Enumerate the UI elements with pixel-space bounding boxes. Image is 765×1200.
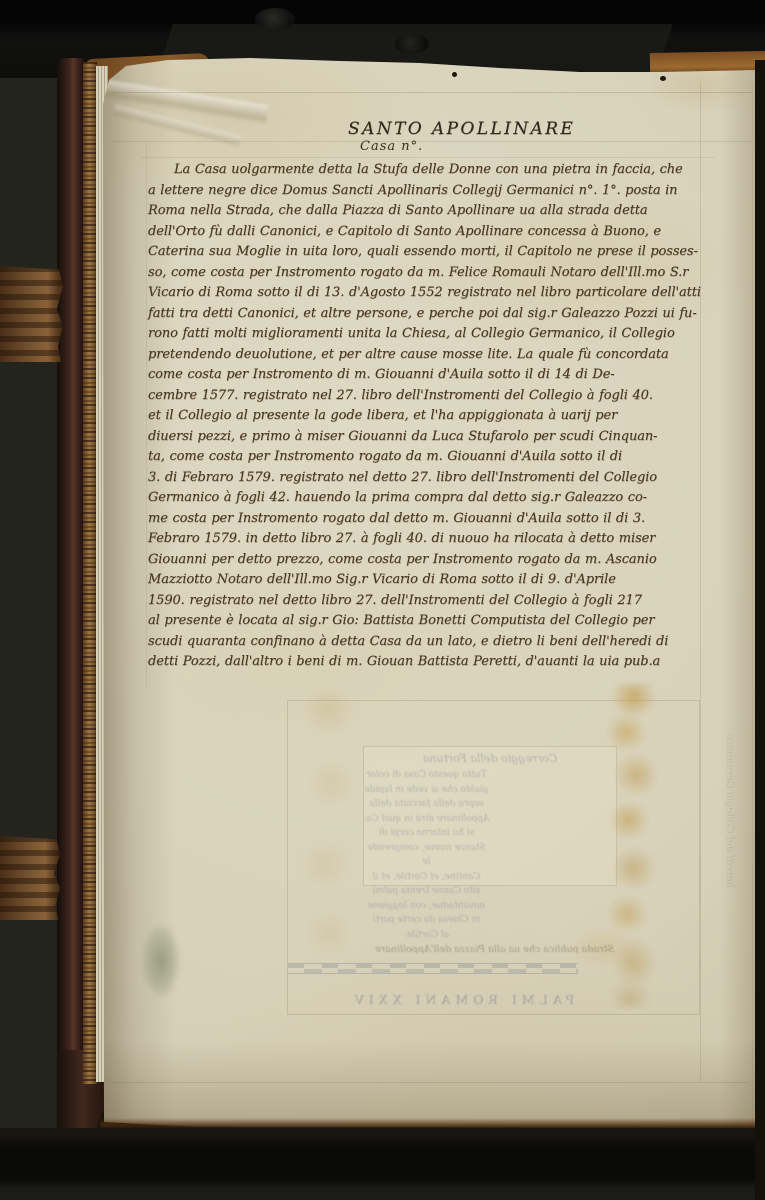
manuscript-text-line: fatti tra detti Canonici, et altre perso… xyxy=(148,304,720,325)
manuscript-text-line: Febraro 1579. in detto libro 27. à fogli… xyxy=(148,529,720,550)
manuscript-text-line: Germanico à fogli 42. hauendo la prima c… xyxy=(148,488,720,509)
manuscript-text-line: scudi quaranta confinano à detta Casa da… xyxy=(148,632,720,653)
manuscript-text-line: so, come costa per Instromento rogato da… xyxy=(148,263,720,284)
manuscript-text-line: 3. di Febraro 1579. registrato nel detto… xyxy=(148,468,720,489)
verso-margin-label: heredi del Collegio Germanico xyxy=(724,688,735,888)
equipment-bolt xyxy=(255,8,295,30)
manuscript-text-line: Giouanni per detto prezzo, come costa pe… xyxy=(148,550,720,571)
manuscript-text-line: detti Pozzi, dall'altro i beni di m. Gio… xyxy=(148,652,720,673)
verso-caption-lines: Tutto questo Casa di color gialdo che si… xyxy=(363,768,490,942)
manuscript-text-line: rono fatti molti miglioramenti unita la … xyxy=(148,324,720,345)
verso-caption-line: Cantine, et Cortile, et il sito Canne tr… xyxy=(363,870,490,899)
manuscript-text-line: me costa per Instromento rogato dal dett… xyxy=(148,509,720,530)
bottom-dark-band xyxy=(0,1128,765,1200)
ruled-line-horizontal xyxy=(110,1082,750,1083)
manuscript-text-line: 1590. registrato nel detto libro 27. del… xyxy=(148,591,720,612)
manuscript-text-line: pretendendo deuolutione, et per altre ca… xyxy=(148,345,720,366)
verso-caption-line: al Cortile. xyxy=(363,928,490,943)
manuscript-text-line: come costa per Instromento di m. Giouann… xyxy=(148,365,720,386)
verso-caption-line: Tutto questo Casa di color gialdo che si… xyxy=(363,768,490,797)
verso-caption-text: Correggio della Fortuna Tutto questo Cas… xyxy=(363,752,617,768)
page-subtitle: Casa n°. xyxy=(360,139,423,154)
manuscript-text-line: Vicario di Roma sotto il di 13. d'Agosto… xyxy=(148,283,720,304)
manuscript-text-line: al presente è locata al sig.r Gio: Batti… xyxy=(148,611,720,632)
manuscript-text-line: ta, come costa per Instromento rogato da… xyxy=(148,447,720,468)
right-dark-strip xyxy=(755,60,765,1200)
verso-street-label: Strada publica che ua alla Piazza dell'A… xyxy=(372,944,617,955)
book-spine-leather xyxy=(57,58,84,1088)
page-title: SANTO APOLLINARE xyxy=(348,119,578,139)
verso-caption-heading: Correggio della Fortuna xyxy=(363,752,617,765)
verso-scale-label: PALMI ROMANI XXIV xyxy=(338,992,586,1007)
leather-clasp-strap-top xyxy=(0,266,63,362)
ruled-line-vertical xyxy=(752,82,753,1124)
manuscript-body-text: La Casa uolgarmente detta la Stufa delle… xyxy=(148,160,720,673)
manuscript-text-line: La Casa uolgarmente detta la Stufa delle… xyxy=(148,160,720,181)
yellow-stain-left xyxy=(298,688,358,960)
manuscript-text-line: Caterina sua Moglie in uita loro, quali … xyxy=(148,242,720,263)
manuscript-photo: Correggio della Fortuna Tutto questo Cas… xyxy=(0,0,765,1200)
seal-showthrough-blob xyxy=(136,912,186,1010)
leather-clasp-strap-bottom xyxy=(0,836,60,920)
gilt-decorated-edge xyxy=(83,62,97,1084)
verso-scale-bar xyxy=(288,963,578,974)
manuscript-text-line: Roma nella Strada, che dalla Piazza di S… xyxy=(148,201,720,222)
manuscript-text-line: cembre 1577. registrato nel 27. libro de… xyxy=(148,386,720,407)
verso-caption-line: si ha intorno corpi di Stanze nuove, com… xyxy=(363,826,490,870)
ruled-line-horizontal xyxy=(112,141,752,142)
manuscript-text-line: et il Collegio al presente la gode liber… xyxy=(148,406,720,427)
equipment-bolt xyxy=(395,34,429,54)
verso-caption-line: novantadue, con loggione in Chiesa da ce… xyxy=(363,899,490,928)
manuscript-text-line: Mazziotto Notaro dell'Ill.mo Sig.r Vicar… xyxy=(148,570,720,591)
ruled-line-horizontal xyxy=(140,157,715,158)
manuscript-page: Correggio della Fortuna Tutto questo Cas… xyxy=(0,0,765,1200)
ink-spot xyxy=(452,72,457,77)
manuscript-text-line: diuersi pezzi, e primo à miser Giouanni … xyxy=(148,427,720,448)
manuscript-text-line: a lettere negre dice Domus Sancti Apolli… xyxy=(148,181,720,202)
manuscript-text-line: dell'Orto fù dalli Canonici, e Capitolo … xyxy=(148,222,720,243)
ruled-line-vertical xyxy=(146,142,147,687)
verso-caption-line: sopra della facciata della Appollinare d… xyxy=(363,797,490,826)
